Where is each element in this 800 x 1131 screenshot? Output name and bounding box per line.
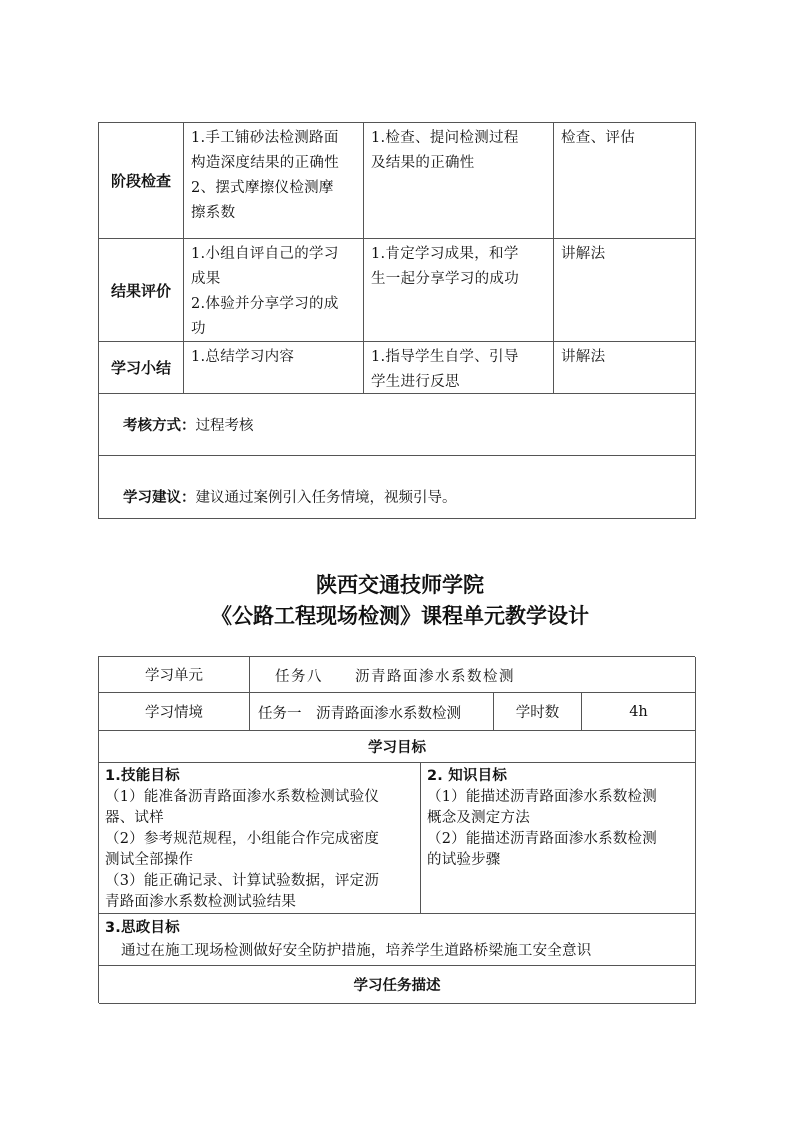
text-line: 青路面渗水系数检测试验结果 [105, 892, 416, 913]
text-line: 擦系数 [191, 201, 357, 226]
text-line: 1.指导学生自学、引导 [371, 345, 547, 370]
text-line: 成果 [191, 267, 357, 292]
text-line: （1）能描述沥青路面渗水系数检测 [427, 787, 691, 808]
objectives-header: 学习目标 [99, 731, 696, 763]
ideological-goals-text: 通过在施工现场检测做好安全防护措施，培养学生道路桥梁施工安全意识 [105, 940, 691, 963]
teacher-activity-check: 1.检查、提问检测过程 及结果的正确性 [364, 123, 554, 239]
text-line: 1.手工铺砂法检测路面 [191, 126, 357, 151]
text-line: 1.小组自评自己的学习 [191, 242, 357, 267]
knowledge-goals: 2. 知识目标 （1）能描述沥青路面渗水系数检测 概念及测定方法 （2）能描述沥… [421, 763, 696, 914]
suggestion-value: 建议通过案例引入任务情境，视频引导。 [196, 490, 457, 506]
text-line: 测试全部操作 [105, 850, 416, 871]
suggestion-row: 学习建议：建议通过案例引入任务情境，视频引导。 [99, 456, 696, 519]
text-line: 构造深度结果的正确性 [191, 151, 357, 176]
text-line: （2）参考规范规程，小组能合作完成密度 [105, 829, 416, 850]
text-line: （3）能正确记录、计算试验数据，评定沥 [105, 871, 416, 892]
document-title: 《公路工程现场检测》课程单元教学设计 [0, 600, 800, 630]
text-line: （2）能描述沥青路面渗水系数检测 [427, 829, 691, 850]
assessment-label: 考核方式： [123, 418, 196, 434]
suggestion-label: 学习建议： [123, 490, 196, 506]
student-activity-check: 1.手工铺砂法检测路面 构造深度结果的正确性 2、摆式摩擦仪检测摩 擦系数 [184, 123, 364, 239]
student-activity-evaluation: 1.小组自评自己的学习 成果 2.体验并分享学习的成 功 [184, 239, 364, 342]
task-description-header: 学习任务描述 [99, 966, 696, 1004]
stage-label-check: 阶段检查 [99, 123, 184, 239]
ideological-goals-title: 3.思政目标 [105, 917, 691, 940]
unit-value: 任务八 沥青路面渗水系数检测 [275, 665, 515, 686]
text-line: 学生进行反思 [371, 370, 547, 395]
scenario-label: 学习情境 [99, 693, 250, 731]
hours-label: 学时数 [494, 693, 582, 731]
assessment-value: 过程考核 [196, 418, 254, 434]
stage-label-evaluation: 结果评价 [99, 239, 184, 342]
stage-label-summary: 学习小结 [99, 342, 184, 394]
hours-value: 4h [582, 693, 696, 731]
teacher-activity-evaluation: 1.肯定学习成果，和学 生一起分享学习的成功 [364, 239, 554, 342]
method-evaluation: 讲解法 [554, 239, 696, 342]
student-activity-summary: 1.总结学习内容 [184, 342, 364, 394]
text-line: 2.体验并分享学习的成 [191, 292, 357, 317]
text-line: （1）能准备沥青路面渗水系数检测试验仪 [105, 787, 416, 808]
scenario-value-cell: 任务一 沥青路面渗水系数检测 [250, 693, 494, 731]
text-line: 生一起分享学习的成功 [371, 267, 547, 292]
method-check: 检查、评估 [554, 123, 696, 239]
text-line: 2、摆式摩擦仪检测摩 [191, 176, 357, 201]
text-line: 器、试样 [105, 808, 416, 829]
scenario-value: 任务一 沥青路面渗水系数检测 [258, 702, 461, 723]
text-line: 概念及测定方法 [427, 808, 691, 829]
method-summary: 讲解法 [554, 342, 696, 394]
text-line: 1.检查、提问检测过程 [371, 126, 547, 151]
unit-value-cell: 任务八 沥青路面渗水系数检测 [250, 657, 696, 693]
ideological-goals: 3.思政目标 通过在施工现场检测做好安全防护措施，培养学生道路桥梁施工安全意识 [99, 914, 696, 966]
assessment-row: 考核方式：过程考核 [99, 394, 696, 456]
teaching-process-table: 阶段检查 1.手工铺砂法检测路面 构造深度结果的正确性 2、摆式摩擦仪检测摩 擦… [98, 122, 696, 519]
text-line: 及结果的正确性 [371, 151, 547, 176]
unit-design-table: 学习单元 任务八 沥青路面渗水系数检测 学习情境 任务一 沥青路面渗水系数检测 … [98, 656, 695, 1003]
text-line: 的试验步骤 [427, 850, 691, 871]
text-line: 1.总结学习内容 [191, 345, 357, 370]
skill-goals: 1.技能目标 （1）能准备沥青路面渗水系数检测试验仪 器、试样 （2）参考规范规… [99, 763, 421, 914]
school-name: 陕西交通技师学院 [0, 569, 800, 599]
text-line: 1.肯定学习成果，和学 [371, 242, 547, 267]
skill-goals-title: 1.技能目标 [105, 766, 416, 787]
teacher-activity-summary: 1.指导学生自学、引导 学生进行反思 [364, 342, 554, 394]
knowledge-goals-title: 2. 知识目标 [427, 766, 691, 787]
unit-label: 学习单元 [99, 657, 250, 693]
text-line: 功 [191, 317, 357, 342]
